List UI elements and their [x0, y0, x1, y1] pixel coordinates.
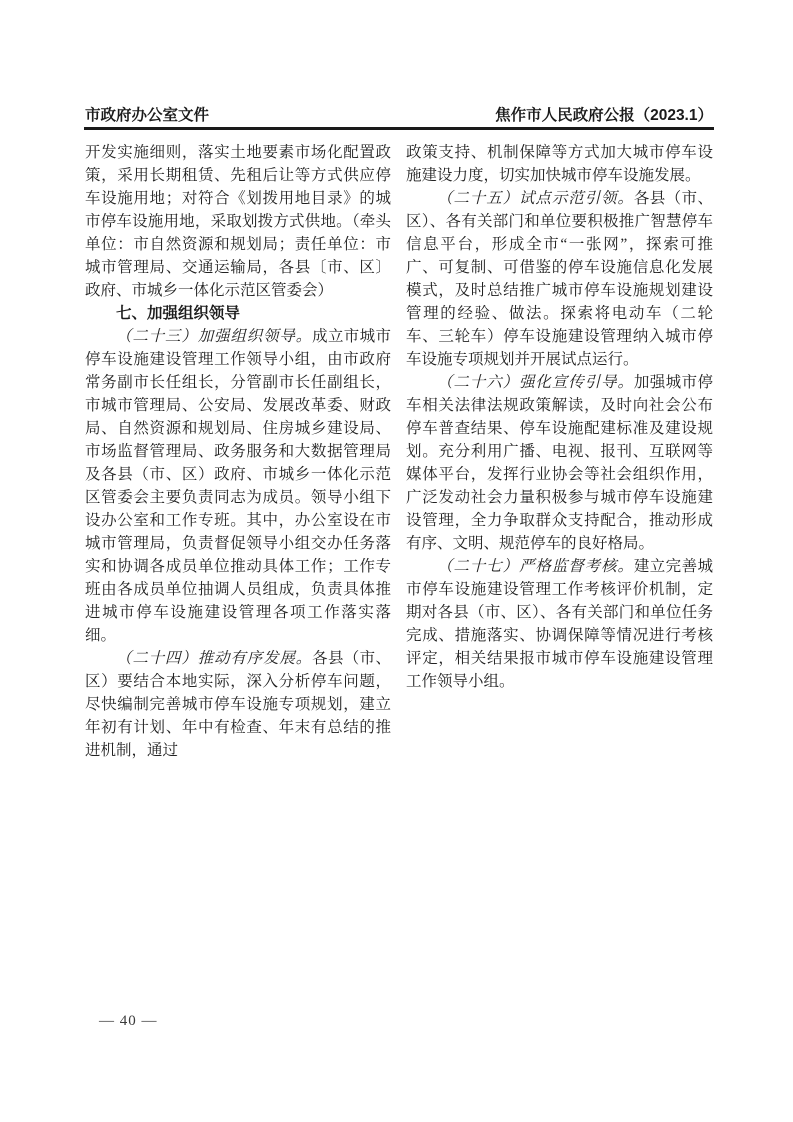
paragraph-27-body: 建立完善城市停车设施建设管理工作考核评价机制，定期对各县（市、区）、各有关部门和… — [406, 558, 713, 690]
paragraph-25: （二十五）试点示范引领。各县（市、区）、各有关部门和单位要积极推广智慧停车信息平… — [406, 187, 713, 371]
paragraph-continuation-right: 政策支持、机制保障等方式加大城市停车设施建设力度，切实加快城市停车设施发展。 — [406, 141, 713, 187]
paragraph-25-body: 各县（市、区）、各有关部门和单位要积极推广智慧停车信息平台，形成全市“一张网”，… — [406, 190, 713, 368]
paragraph-24: （二十四）推动有序发展。各县（市、区）要结合本地实际，深入分析停车问题，尽快编制… — [85, 647, 391, 762]
gazette-page: 市政府办公室文件 焦作市人民政府公报（2023.1） 开发实施细则，落实土地要素… — [0, 0, 793, 1122]
right-column: 政策支持、机制保障等方式加大城市停车设施建设力度，切实加快城市停车设施发展。 （… — [406, 141, 713, 693]
page-header: 市政府办公室文件 焦作市人民政府公报（2023.1） — [85, 103, 713, 125]
paragraph-23: （二十三）加强组织领导。成立市城市停车设施建设管理工作领导小组，由市政府常务副市… — [85, 325, 391, 647]
page-number: — 40 — — [99, 1010, 158, 1032]
paragraph-25-lead: （二十五）试点示范引领。 — [437, 190, 634, 207]
left-column: 开发实施细则，落实土地要素市场化配置政策，采用长期租赁、先租后让等方式供应停车设… — [85, 141, 391, 762]
paragraph-23-body: 成立市城市停车设施建设管理工作领导小组，由市政府常务副市长任组长，分管副市长任副… — [85, 328, 391, 644]
paragraph-24-lead: （二十四）推动有序发展。 — [116, 650, 312, 667]
header-rule — [84, 127, 714, 130]
header-left-title: 市政府办公室文件 — [85, 103, 209, 125]
paragraph-27-lead: （二十七）严格监督考核。 — [437, 558, 634, 575]
section-heading-7: 七、加强组织领导 — [85, 302, 391, 325]
paragraph-23-lead: （二十三）加强组织领导。 — [116, 328, 312, 345]
paragraph-continuation-left: 开发实施细则，落实土地要素市场化配置政策，采用长期租赁、先租后让等方式供应停车设… — [85, 141, 391, 302]
paragraph-26-lead: （二十六）强化宣传引导。 — [437, 374, 634, 391]
paragraph-26: （二十六）强化宣传引导。加强城市停车相关法律法规政策解读，及时向社会公布停车普查… — [406, 371, 713, 555]
paragraph-26-body: 加强城市停车相关法律法规政策解读，及时向社会公布停车普查结果、停车设施配建标准及… — [406, 374, 713, 552]
paragraph-27: （二十七）严格监督考核。建立完善城市停车设施建设管理工作考核评价机制，定期对各县… — [406, 555, 713, 693]
header-right-title: 焦作市人民政府公报（2023.1） — [495, 103, 713, 125]
